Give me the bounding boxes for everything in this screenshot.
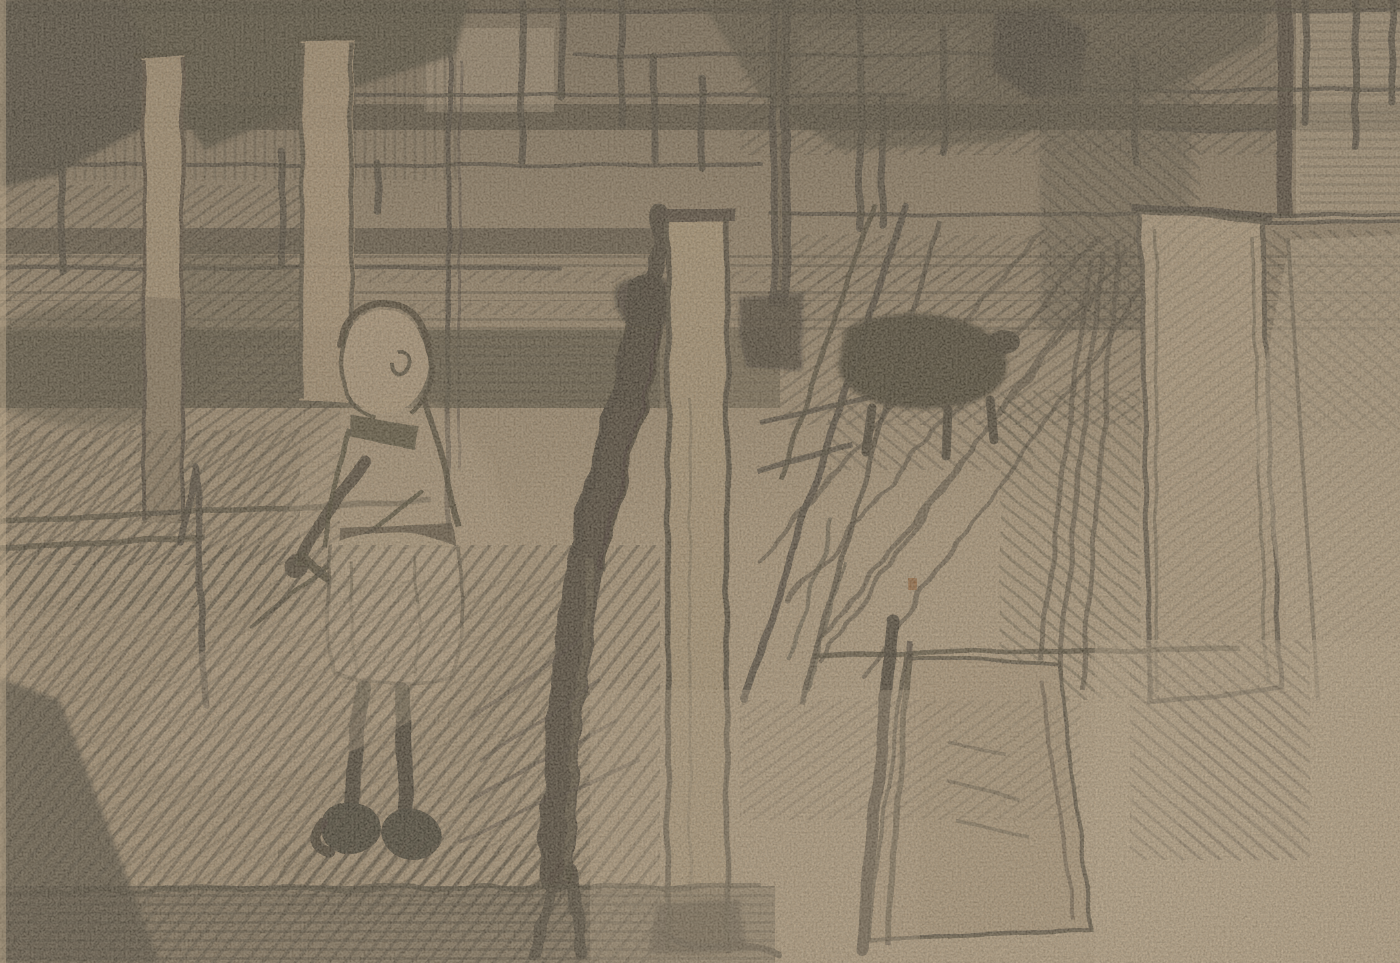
charcoal-drawing: Garden corner with small child, fences, … xyxy=(0,0,1400,963)
left-margin-edge xyxy=(0,0,6,963)
drawing-canvas: Garden corner with small child, fences, … xyxy=(0,0,1400,963)
grain-light xyxy=(0,0,1400,963)
